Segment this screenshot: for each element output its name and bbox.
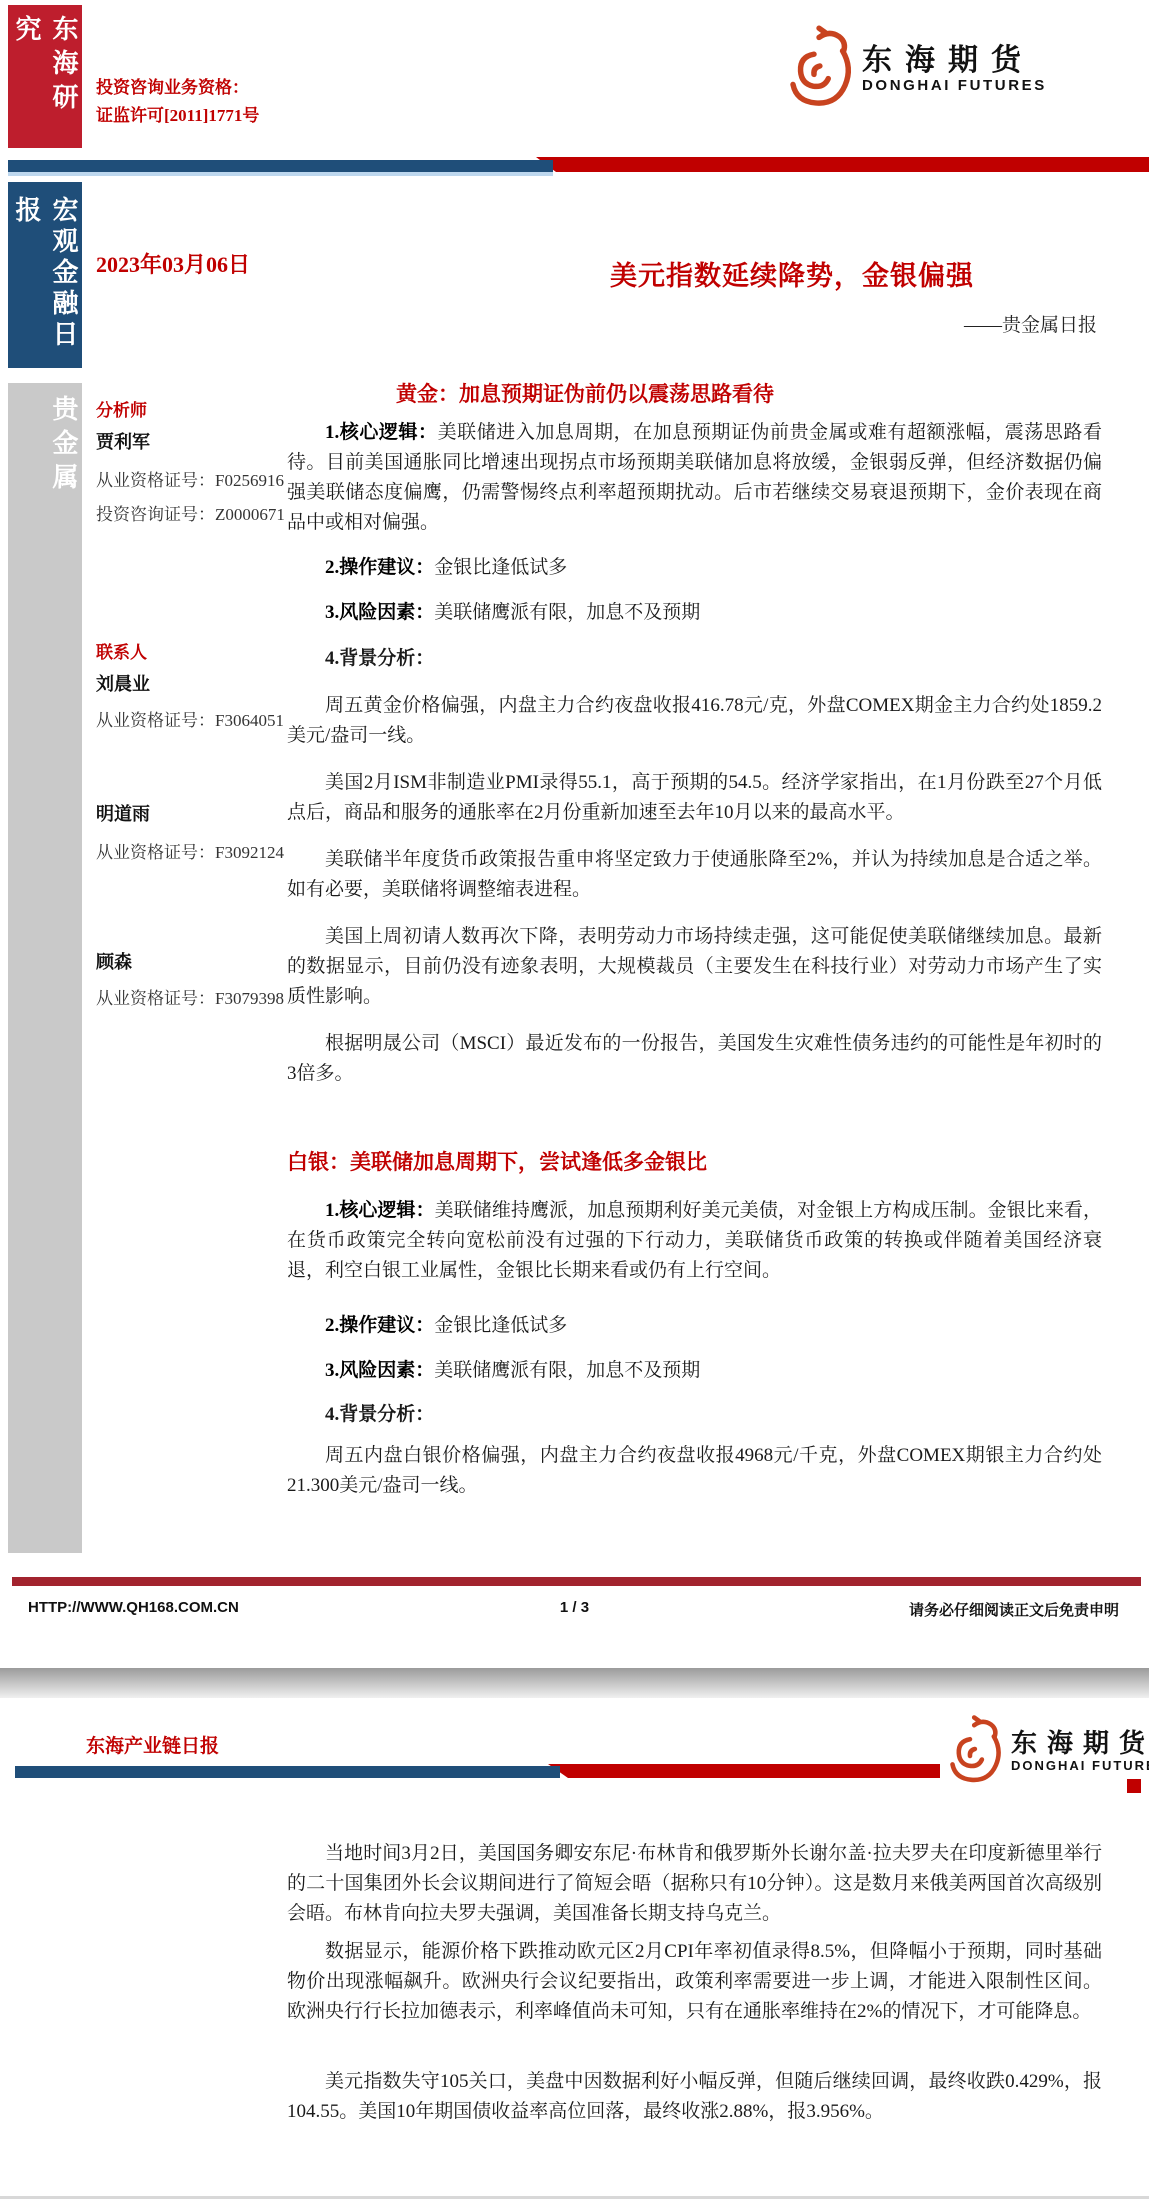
silver-section-heading: 白银：美联储加息周期下，尝试逢低多金银比 (287, 1146, 707, 1176)
logo-text-cn: 东海期货 (862, 44, 1047, 77)
report-subtitle: ——贵金属日报 (964, 310, 1097, 337)
gold-core-logic-label: 1.核心逻辑： (325, 422, 438, 443)
gold-background-paragraph: 根据明晟公司（MSCI）最近发布的一份报告，美国发生灾难性债务违约的可能性是年初… (287, 1029, 1102, 1089)
research-banner: 东海研究 (8, 5, 82, 148)
contact-credential: 从业资格证号：F3092124 (96, 838, 284, 863)
analyst-name: 贾利军 (96, 428, 150, 454)
page2-title: 东海产业链日报 (86, 1731, 219, 1758)
report-type-banner: 宏观金融日报 (8, 182, 82, 368)
analyst-credential: 投资咨询证号：Z0000671 (96, 500, 285, 525)
page2-paragraph: 美元指数失守105关口，美盘中因数据利好小幅反弹，但随后继续回调，最终收跌0.4… (287, 2067, 1102, 2127)
footer-rule (12, 1577, 1141, 1586)
logo-text-en: DONGHAI FUTURES (1011, 1758, 1149, 1773)
header-rule-blue (8, 160, 553, 172)
contact-name: 刘晨业 (96, 670, 150, 696)
qualification-line1: 投资咨询业务资格： (96, 74, 259, 102)
report-page: 东海研究 投资咨询业务资格： 证监许可[2011]1771号 东海期货 DONG… (0, 0, 1149, 2199)
silver-background-paragraph: 周五内盘白银价格偏强，内盘主力合约夜盘收报4968元/千克，外盘COMEX期银主… (287, 1441, 1102, 1501)
gold-core-logic: 1.核心逻辑：美联储进入加息周期，在加息预期证伪前贵金属或难有超额涨幅，震荡思路… (287, 418, 1102, 538)
logo-accent-square (1127, 1779, 1141, 1793)
page2-rule-red (548, 1764, 940, 1778)
silver-core-logic-label: 1.核心逻辑： (325, 1200, 435, 1221)
company-logo: 东海期货 DONGHAI FUTURES (772, 24, 1047, 113)
contact-name: 顾森 (96, 948, 132, 974)
silver-background-label: 4.背景分析： (287, 1399, 1102, 1426)
qualification-text: 投资咨询业务资格： 证监许可[2011]1771号 (96, 74, 259, 130)
contact-role-label: 联系人 (96, 638, 147, 663)
gold-section-heading: 黄金：加息预期证伪前仍以震荡思路看待 (396, 378, 774, 408)
analyst-role-label: 分析师 (96, 396, 147, 421)
page2-paragraph: 当地时间3月2日，美国国务卿安东尼·布林肯和俄罗斯外长谢尔盖·拉夫罗夫在印度新德… (287, 1839, 1102, 1929)
gold-background-label: 4.背景分析： (287, 643, 1102, 670)
report-type-label: 宏观金融日报 (8, 196, 82, 368)
gold-risk: 3.风险因素：美联储鹰派有限，加息不及预期 (287, 598, 1102, 628)
category-banner: 贵金属 (8, 383, 82, 1553)
header-rule-lightblue (8, 172, 553, 176)
gold-background-paragraph: 美国上周初请人数再次下降，表明劳动力市场持续走强，这可能促使美联储继续加息。最新… (287, 922, 1102, 1012)
contact-name: 明道雨 (96, 800, 150, 826)
contact-credential: 从业资格证号：F3064051 (96, 706, 284, 731)
silver-risk: 3.风险因素：美联储鹰派有限，加息不及预期 (287, 1356, 1102, 1386)
logo-text-en: DONGHAI FUTURES (862, 77, 1047, 94)
page2-rule-blue (15, 1766, 560, 1778)
silver-risk-label: 3.风险因素： (325, 1360, 434, 1381)
silver-core-logic: 1.核心逻辑：美联储维持鹰派，加息预期利好美元美债，对金银上方构成压制。金银比来… (287, 1196, 1102, 1286)
category-label: 贵金属 (8, 395, 82, 497)
report-date: 2023年03月06日 (96, 248, 250, 279)
gold-advice-label: 2.操作建议： (325, 557, 434, 578)
dragon-logo-icon (935, 1714, 1005, 1789)
logo-text-cn: 东海期货 (1011, 1730, 1149, 1759)
gold-background-paragraph: 美联储半年度货币政策报告重申将坚定致力于使通胀降至2%，并认为持续加息是合适之举… (287, 845, 1102, 905)
dragon-logo-icon (772, 24, 856, 113)
page-separator (0, 1668, 1149, 1698)
company-logo-page2: 东海期货 DONGHAI FUTURES (935, 1714, 1149, 1789)
qualification-line2: 证监许可[2011]1771号 (96, 102, 259, 130)
silver-advice-label: 2.操作建议： (325, 1315, 434, 1336)
research-banner-label: 东海研究 (8, 15, 82, 148)
gold-risk-label: 3.风险因素： (325, 602, 434, 623)
gold-background-paragraph: 周五黄金价格偏强，内盘主力合约夜盘收报416.78元/克，外盘COMEX期金主力… (287, 691, 1102, 751)
silver-advice: 2.操作建议：金银比逢低试多 (287, 1311, 1102, 1341)
report-title: 美元指数延续降势，金银偏强 (610, 254, 974, 293)
footer-disclaimer: 请务必仔细阅读正文后免责申明 (909, 1599, 1119, 1620)
contact-credential: 从业资格证号：F3079398 (96, 984, 284, 1009)
analyst-credential: 从业资格证号：F0256916 (96, 466, 284, 491)
gold-background-paragraph: 美国2月ISM非制造业PMI录得55.1，高于预期的54.5。经济学家指出，在1… (287, 768, 1102, 828)
page2-paragraph: 数据显示，能源价格下跌推动欧元区2月CPI年率初值录得8.5%，但降幅小于预期，… (287, 1937, 1102, 2027)
gold-advice: 2.操作建议：金银比逢低试多 (287, 553, 1102, 583)
header-rule-red (536, 157, 1149, 172)
